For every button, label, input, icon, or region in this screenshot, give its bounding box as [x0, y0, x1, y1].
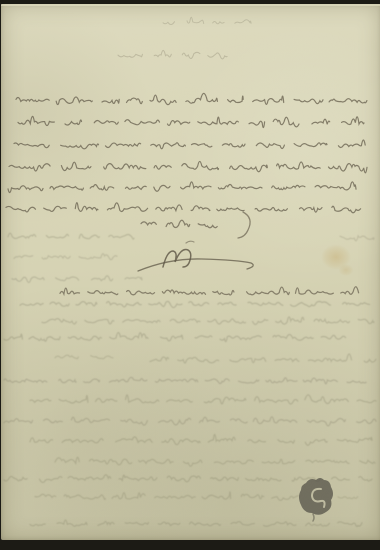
film-grain-overlay — [1, 4, 379, 540]
scan-frame — [0, 0, 380, 550]
scan-backdrop: { "document": { "kind": "Scanned handwri… — [0, 0, 380, 550]
handwriting-layer — [0, 0, 380, 550]
